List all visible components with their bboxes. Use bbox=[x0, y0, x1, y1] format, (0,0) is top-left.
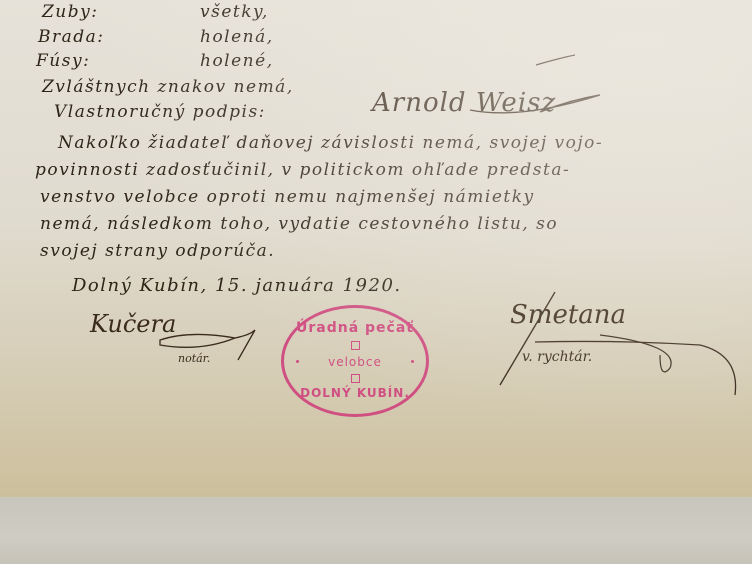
signature-flourishes bbox=[0, 0, 752, 497]
stamp-dot-right bbox=[411, 360, 414, 363]
stamp-square-mark bbox=[351, 374, 360, 383]
document-page: Zuby: všetky, Brada: holená, Fúsy: holen… bbox=[0, 0, 752, 497]
table-surface bbox=[0, 497, 752, 564]
official-stamp: Úradná pečať velobce DOLNÝ KUBÍN. bbox=[281, 305, 429, 417]
stamp-bottom-text: DOLNÝ KUBÍN. bbox=[284, 386, 426, 400]
stamp-middle-text: velobce bbox=[284, 355, 426, 369]
stamp-top-text: Úradná pečať bbox=[284, 320, 426, 336]
stamp-square-mark bbox=[351, 341, 360, 350]
